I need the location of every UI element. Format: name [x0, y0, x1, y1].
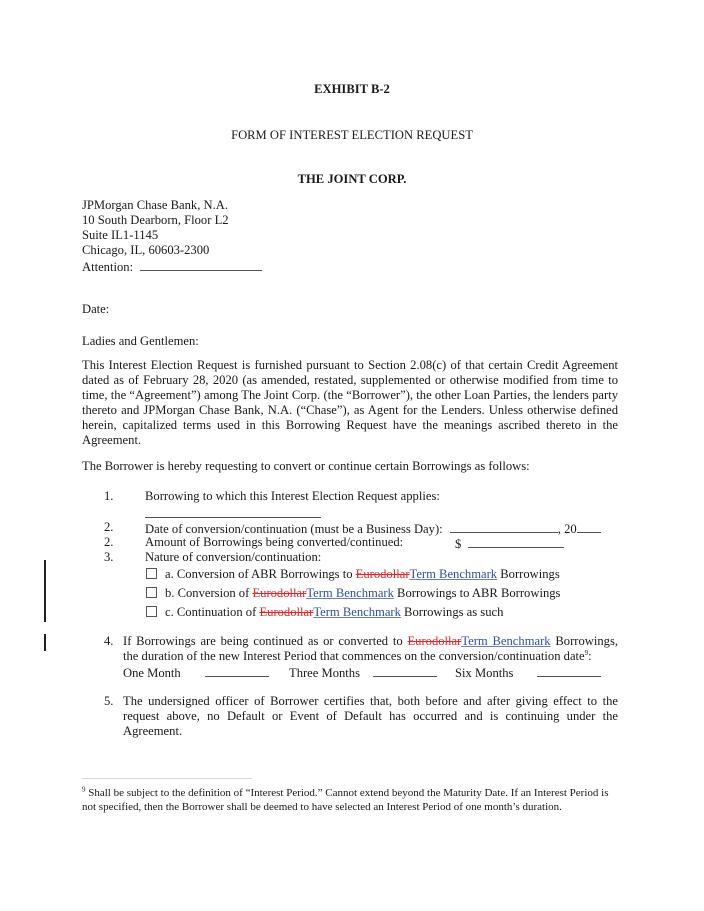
year-prefix: , 20	[558, 522, 577, 536]
item-3-number: 3.	[104, 550, 113, 565]
option-c-prefix: c. Continuation of	[165, 605, 259, 619]
intro-paragraph: This Interest Election Request is furnis…	[82, 358, 618, 448]
period-one-month-field[interactable]	[205, 664, 269, 677]
item-3-text: Nature of conversion/continuation:	[145, 550, 321, 565]
option-b-deleted: Eurodollar	[252, 586, 306, 600]
option-b-prefix: b. Conversion of	[165, 586, 252, 600]
item-4-line-1: If Borrowings are being continued as or …	[123, 634, 618, 649]
interest-period-options: One MonthThree MonthsSix Months	[123, 664, 623, 681]
option-a-suffix: Borrowings	[497, 567, 560, 581]
option-a-deleted: Eurodollar	[356, 567, 410, 581]
attention-label: Attention:	[82, 260, 133, 274]
address-line: 10 South Dearborn, Floor L2	[82, 213, 262, 228]
option-c-deleted: Eurodollar	[259, 605, 313, 619]
item-4-line-2-text: the duration of the new Interest Period …	[123, 649, 585, 663]
period-one-month-label: One Month	[123, 666, 205, 681]
address-block: JPMorgan Chase Bank, N.A. 10 South Dearb…	[82, 198, 262, 275]
item-4-number: 4.	[104, 634, 113, 649]
attention-field[interactable]	[140, 258, 262, 271]
option-b-checkbox[interactable]	[146, 587, 157, 598]
option-a-inserted: Term Benchmark	[410, 567, 498, 581]
option-a-checkbox[interactable]	[146, 568, 157, 579]
request-intro: The Borrower is hereby requesting to con…	[82, 459, 530, 474]
item-1-field[interactable]	[145, 505, 321, 518]
footnote: 9 Shall be subject to the definition of …	[82, 786, 612, 814]
address-line: JPMorgan Chase Bank, N.A.	[82, 198, 262, 213]
period-three-months-label: Three Months	[289, 666, 373, 681]
item-2b-text: Amount of Borrowings being converted/con…	[145, 535, 403, 550]
address-line: Chicago, IL, 60603-2300	[82, 243, 262, 258]
item-2b-number: 2.	[104, 535, 113, 550]
date-label: Date:	[82, 302, 109, 317]
option-b-suffix: Borrowings to ABR Borrowings	[394, 586, 561, 600]
option-a: a. Conversion of ABR Borrowings to Eurod…	[146, 567, 560, 582]
item-4-colon: :	[588, 649, 592, 663]
period-three-months-field[interactable]	[373, 664, 437, 677]
change-bar	[44, 560, 46, 622]
item-4-line-2: the duration of the new Interest Period …	[123, 649, 592, 664]
footnote-separator	[82, 778, 252, 779]
option-c-checkbox[interactable]	[146, 606, 157, 617]
item-1-number: 1.	[104, 489, 113, 504]
attention-row: Attention:	[82, 258, 262, 275]
item-4-prefix: If Borrowings are being continued as or …	[123, 634, 407, 648]
year-field[interactable]	[577, 520, 601, 533]
change-bar	[44, 634, 46, 651]
currency-symbol: $	[455, 537, 461, 551]
item-4-inserted: Term Benchmark	[461, 634, 550, 648]
amount-row: $	[455, 535, 564, 552]
conversion-date-field[interactable]	[450, 520, 558, 533]
item-2-number: 2.	[104, 520, 113, 535]
item-4-suffix: Borrowings,	[551, 634, 618, 648]
item-5-number: 5.	[104, 694, 113, 709]
form-title: FORM OF INTEREST ELECTION REQUEST	[0, 128, 704, 143]
item-1-text: Borrowing to which this Interest Electio…	[145, 489, 440, 504]
option-b: b. Conversion of EurodollarTerm Benchmar…	[146, 586, 560, 601]
option-b-inserted: Term Benchmark	[306, 586, 394, 600]
item-5-text: The undersigned officer of Borrower cert…	[123, 694, 618, 739]
period-six-months-field[interactable]	[537, 664, 601, 677]
company-name: THE JOINT CORP.	[0, 172, 704, 187]
option-c-suffix: Borrowings as such	[401, 605, 504, 619]
address-line: Suite IL1-1145	[82, 228, 262, 243]
option-a-prefix: a. Conversion of ABR Borrowings to	[165, 567, 356, 581]
period-six-months-label: Six Months	[455, 666, 537, 681]
amount-field[interactable]	[468, 535, 564, 548]
footnote-text: Shall be subject to the definition of “I…	[82, 787, 608, 813]
option-c: c. Continuation of EurodollarTerm Benchm…	[146, 605, 503, 620]
item-4-deleted: Eurodollar	[407, 634, 461, 648]
option-c-inserted: Term Benchmark	[313, 605, 401, 619]
exhibit-heading: EXHIBIT B-2	[0, 82, 704, 97]
salutation: Ladies and Gentlemen:	[82, 334, 199, 349]
item-2-text: Date of conversion/continuation (must be…	[145, 522, 443, 536]
